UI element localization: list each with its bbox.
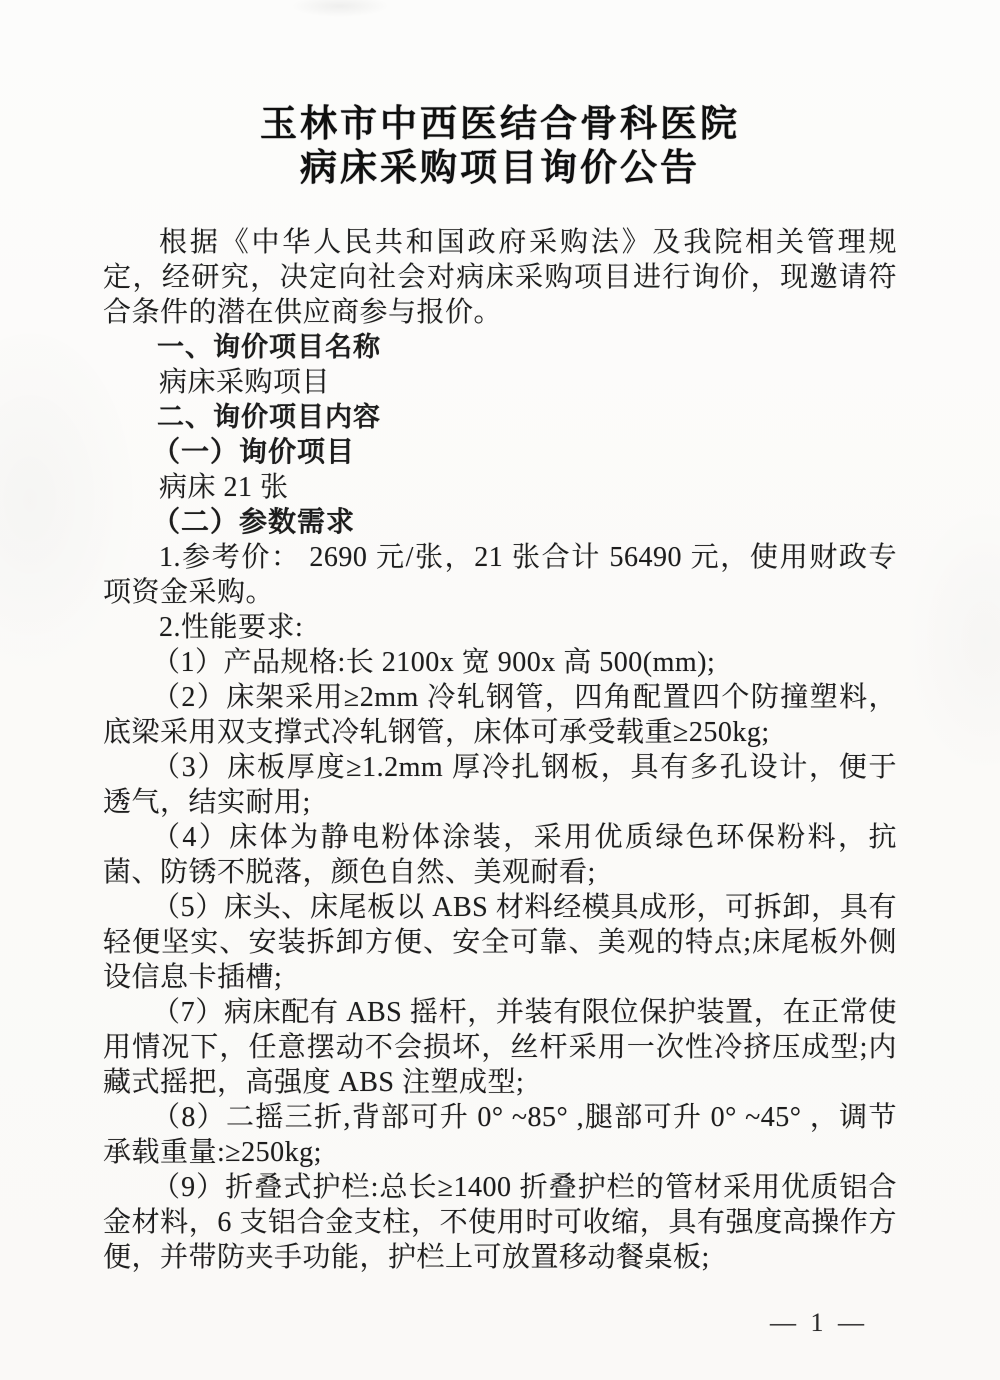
heading-subsection-1: （一）询价项目 [103,435,897,470]
page-number: — 1 — [770,1308,868,1338]
spec-item-7: （7）病床配有 ABS 摇杆，并装有限位保护装置，在正常使用情况下，任意摆动不会… [103,995,897,1100]
paragraph-performance-head: 2.性能要求: [103,610,897,645]
paragraph-quantity: 病床 21 张 [103,470,897,505]
spec-item-8: （8）二摇三折,背部可升 0° ~85° ,腿部可升 0° ~45° ，调节承载… [103,1100,897,1170]
document-title-line-2: 病床采购项目询价公告 [103,147,897,191]
document-title: 玉林市中西医结合骨科医院 病床采购项目询价公告 [103,103,897,191]
document-content: 玉林市中西医结合骨科医院 病床采购项目询价公告 根据《中华人民共和国政府采购法》… [103,103,897,1275]
spec-item-2: （2）床架采用≥2mm 冷轧钢管，四角配置四个防撞塑料，底梁采用双支撑式冷轧钢管… [103,680,897,750]
heading-section-2: 二、询价项目内容 [103,400,897,435]
paragraph-reference-price: 1.参考价： 2690 元/张，21 张合计 56490 元，使用财政专项资金采… [103,540,897,610]
document-body: 根据《中华人民共和国政府采购法》及我院相关管理规定，经研究，决定向社会对病床采购… [103,225,897,1275]
heading-section-1: 一、询价项目名称 [103,330,897,365]
paragraph-intro: 根据《中华人民共和国政府采购法》及我院相关管理规定，经研究，决定向社会对病床采购… [103,225,897,330]
spec-item-1: （1）产品规格:长 2100x 宽 900x 高 500(mm); [103,645,897,680]
heading-subsection-2: （二）参数需求 [103,505,897,540]
paragraph-project-name: 病床采购项目 [103,365,897,400]
document-title-line-1: 玉林市中西医结合骨科医院 [103,103,897,147]
spec-item-4: （4）床体为静电粉体涂装，采用优质绿色环保粉料，抗菌、防锈不脱落，颜色自然、美观… [103,820,897,890]
spec-item-3: （3）床板厚度≥1.2mm 厚冷扎钢板，具有多孔设计，便于透气，结实耐用; [103,750,897,820]
spec-item-5: （5）床头、床尾板以 ABS 材料经模具成形，可拆卸，具有轻便坚实、安装拆卸方便… [103,890,897,995]
spec-item-9: （9）折叠式护栏:总长≥1400 折叠护栏的管材采用优质铝合金材料，6 支铝合金… [103,1170,897,1275]
document-page: 玉林市中西医结合骨科医院 病床采购项目询价公告 根据《中华人民共和国政府采购法》… [0,0,1000,1380]
